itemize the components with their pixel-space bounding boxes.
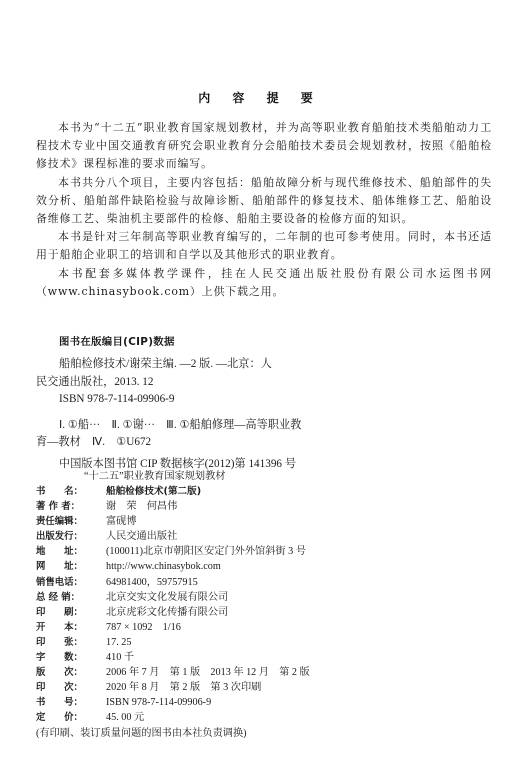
summary-title: 内 容 提 要 (0, 89, 520, 106)
imprint-label: 著 作 者： (36, 499, 106, 514)
imprint-label: 印 刷： (36, 605, 106, 620)
cip-classification-cont: 育—教材 Ⅳ. ①U672 (36, 434, 336, 452)
imprint-row-publisher: 出版发行： 人民交通出版社 (36, 529, 366, 544)
imprint-row-format: 开 本： 787 × 1092 1/16 (36, 620, 366, 635)
imprint-value: (100011)北京市朝阳区安定门外外馆斜街 3 号 (106, 544, 366, 559)
copyright-page: 内 容 提 要 本书为“十二五”职业教育国家规划教材，并为高等职业教育船舶技术类… (0, 0, 520, 784)
imprint-row-author: 著 作 者： 谢 荣 何昌伟 (36, 499, 366, 514)
imprint-value: 410 千 (106, 650, 366, 665)
summary-paragraph: 本书为“十二五”职业教育国家规划教材，并为高等职业教育船舶技术类船舶动力工程技术… (36, 119, 492, 174)
imprint-value: ISBN 978-7-114-09906-9 (106, 695, 366, 710)
imprint-row-book-title: 书 名： 船舶检修技术(第二版) (36, 484, 366, 499)
imprint-label: 销售电话： (36, 575, 106, 590)
imprint-value: 787 × 1092 1/16 (106, 620, 366, 635)
imprint-value: 17. 25 (106, 635, 366, 650)
imprint-label: 字 数： (36, 650, 106, 665)
imprint-value: 北京交实文化发展有限公司 (106, 590, 366, 605)
imprint-label: 出版发行： (36, 529, 106, 544)
imprint-label: 印 次： (36, 680, 106, 695)
cip-heading: 图书在版编目(CIP)数据 (59, 333, 336, 348)
cip-block: 图书在版编目(CIP)数据 船舶检修技术/谢荣主编. —2 版. —北京：人 民… (36, 333, 336, 473)
imprint-value: 富砚博 (106, 514, 366, 529)
summary-paragraph: 本书配套多媒体教学课件，挂在人民交通出版社股份有限公司水运图书网（www.chi… (36, 265, 492, 301)
imprint-value: 64981400，59757915 (106, 575, 366, 590)
imprint-row-phone: 销售电话： 64981400，59757915 (36, 575, 366, 590)
summary-body: 本书为“十二五”职业教育国家规划教材，并为高等职业教育船舶技术类船舶动力工程技术… (36, 119, 492, 301)
imprint-label: 总 经 销： (36, 590, 106, 605)
imprint-value: http://www.chinasybok.com (106, 559, 366, 574)
imprint-row-address: 地 址： (100011)北京市朝阳区安定门外外馆斜街 3 号 (36, 544, 366, 559)
imprint-value: 2006 年 7 月 第 1 版 2013 年 12 月 第 2 版 (106, 665, 366, 680)
imprint-row-printer: 印 刷： 北京虎彩文化传播有限公司 (36, 605, 366, 620)
imprint-block: “十二五”职业教育国家规划教材 书 名： 船舶检修技术(第二版) 著 作 者： … (36, 469, 366, 741)
cip-title-line-cont: 民交通出版社，2013. 12 (36, 374, 336, 392)
summary-paragraph: 本书是针对三年制高等职业教育编写的，二年制的也可参考使用。同时，本书还适用于船舶… (36, 228, 492, 264)
quality-note: (有印刷、装订质量问题的图书由本社负责调换) (36, 726, 366, 741)
summary-paragraph: 本书共分八个项目，主要内容包括：船舶故障分析与现代维修技术、船舶部件的失效分析、… (36, 174, 492, 229)
imprint-label: 印 张： (36, 635, 106, 650)
imprint-label: 书 号： (36, 695, 106, 710)
cip-isbn: ISBN 978-7-114-09906-9 (36, 391, 336, 409)
cip-classification: Ⅰ. ①船··· Ⅱ. ①谢··· Ⅲ. ①船舶修理—高等职业教 (36, 417, 336, 435)
imprint-label: 地 址： (36, 544, 106, 559)
imprint-row-editor: 责任编辑： 富砚博 (36, 514, 366, 529)
series-name: “十二五”职业教育国家规划教材 (36, 469, 366, 484)
imprint-row-edition: 版 次： 2006 年 7 月 第 1 版 2013 年 12 月 第 2 版 (36, 665, 366, 680)
imprint-value: 谢 荣 何昌伟 (106, 499, 366, 514)
imprint-row-isbn: 书 号： ISBN 978-7-114-09906-9 (36, 695, 366, 710)
imprint-label: 书 名： (36, 484, 106, 499)
imprint-label: 开 本： (36, 620, 106, 635)
imprint-label: 版 次： (36, 665, 106, 680)
imprint-label: 网 址： (36, 559, 106, 574)
imprint-label: 责任编辑： (36, 514, 106, 529)
imprint-label: 定 价： (36, 710, 106, 725)
imprint-value: 45. 00 元 (106, 710, 366, 725)
imprint-row-word-count: 字 数： 410 千 (36, 650, 366, 665)
imprint-value: 北京虎彩文化传播有限公司 (106, 605, 366, 620)
imprint-row-website: 网 址： http://www.chinasybok.com (36, 559, 366, 574)
cip-title-line: 船舶检修技术/谢荣主编. —2 版. —北京：人 (36, 356, 336, 374)
imprint-row-price: 定 价： 45. 00 元 (36, 710, 366, 725)
imprint-row-distributor: 总 经 销： 北京交实文化发展有限公司 (36, 590, 366, 605)
imprint-value: 船舶检修技术(第二版) (106, 484, 366, 499)
imprint-row-printing: 印 次： 2020 年 8 月 第 2 版 第 3 次印刷 (36, 680, 366, 695)
imprint-value: 人民交通出版社 (106, 529, 366, 544)
imprint-row-sheets: 印 张： 17. 25 (36, 635, 366, 650)
imprint-value: 2020 年 8 月 第 2 版 第 3 次印刷 (106, 680, 366, 695)
